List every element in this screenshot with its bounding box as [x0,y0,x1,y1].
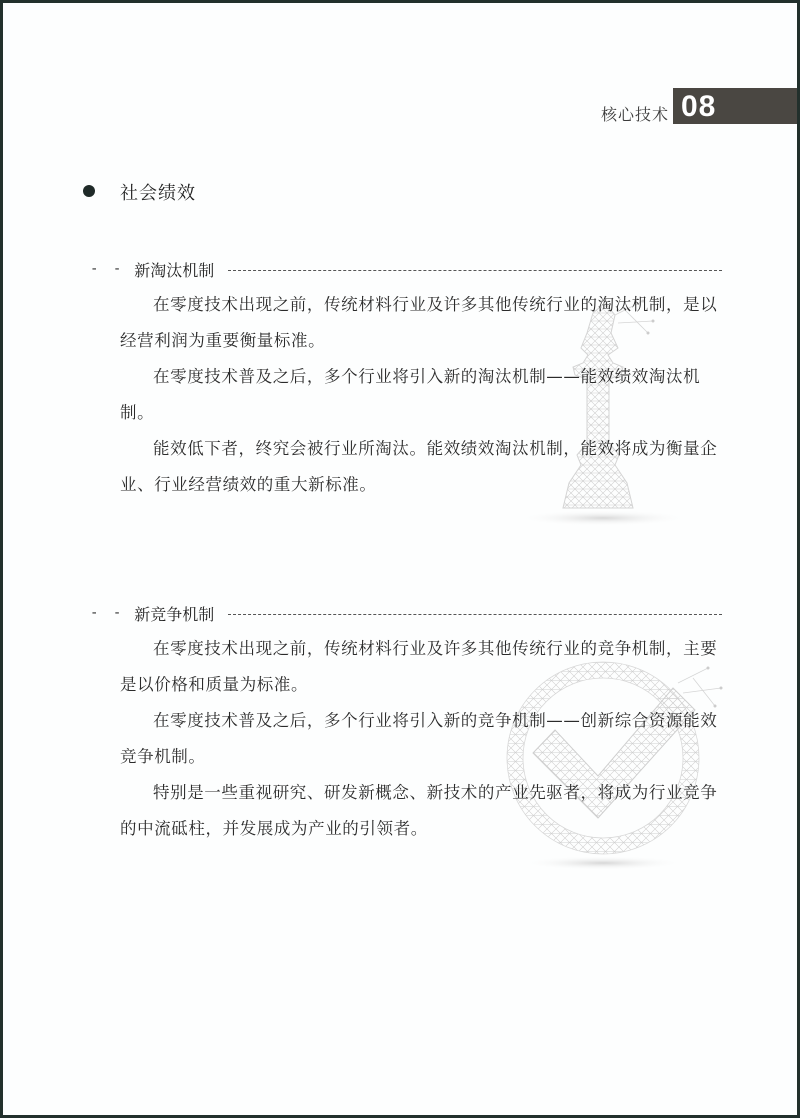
dashed-divider [228,614,722,615]
chapter-number-bar: 08 [673,88,797,124]
document-page: 核心技术 08 社会绩效 - - 新淘汰机制 在零度技术出现之前，传统材料行业及… [3,3,797,1115]
subsection-title: 新淘汰机制 [134,258,214,281]
paragraph: 特别是一些重视研究、研发新概念、新技术的产业先驱者，将成为行业竞争的中流砥柱，并… [120,775,724,847]
subsection-body-competition: 在零度技术出现之前，传统材料行业及许多其他传统行业的竞争机制，主要是以价格和质量… [120,631,724,847]
dashed-divider [228,270,722,271]
paragraph: 在零度技术出现之前，传统材料行业及许多其他传统行业的竞争机制，主要是以价格和质量… [120,631,724,703]
paragraph: 在零度技术出现之前，传统材料行业及许多其他传统行业的淘汰机制，是以经营利润为重要… [120,287,724,359]
paragraph: 在零度技术普及之后，多个行业将引入新的竞争机制——创新综合资源能效竞争机制。 [120,703,724,775]
section-title: 社会绩效 [120,179,196,205]
subsection-body-elimination: 在零度技术出现之前，传统材料行业及许多其他传统行业的淘汰机制，是以经营利润为重要… [120,287,724,503]
bullet-icon [83,185,95,197]
subsection-heading-elimination: - - 新淘汰机制 [90,257,722,281]
chapter-label: 核心技术 [601,102,669,125]
dash-leader: - - [90,261,124,277]
subsection-title: 新竞争机制 [134,602,214,625]
subsection-heading-competition: - - 新竞争机制 [90,601,722,625]
dash-leader: - - [90,605,124,621]
paragraph: 能效低下者，终究会被行业所淘汰。能效绩效淘汰机制，能效将成为衡量企业、行业经营绩… [120,431,724,503]
paragraph: 在零度技术普及之后，多个行业将引入新的淘汰机制——能效绩效淘汰机制。 [120,359,724,431]
chapter-number: 08 [681,90,716,124]
